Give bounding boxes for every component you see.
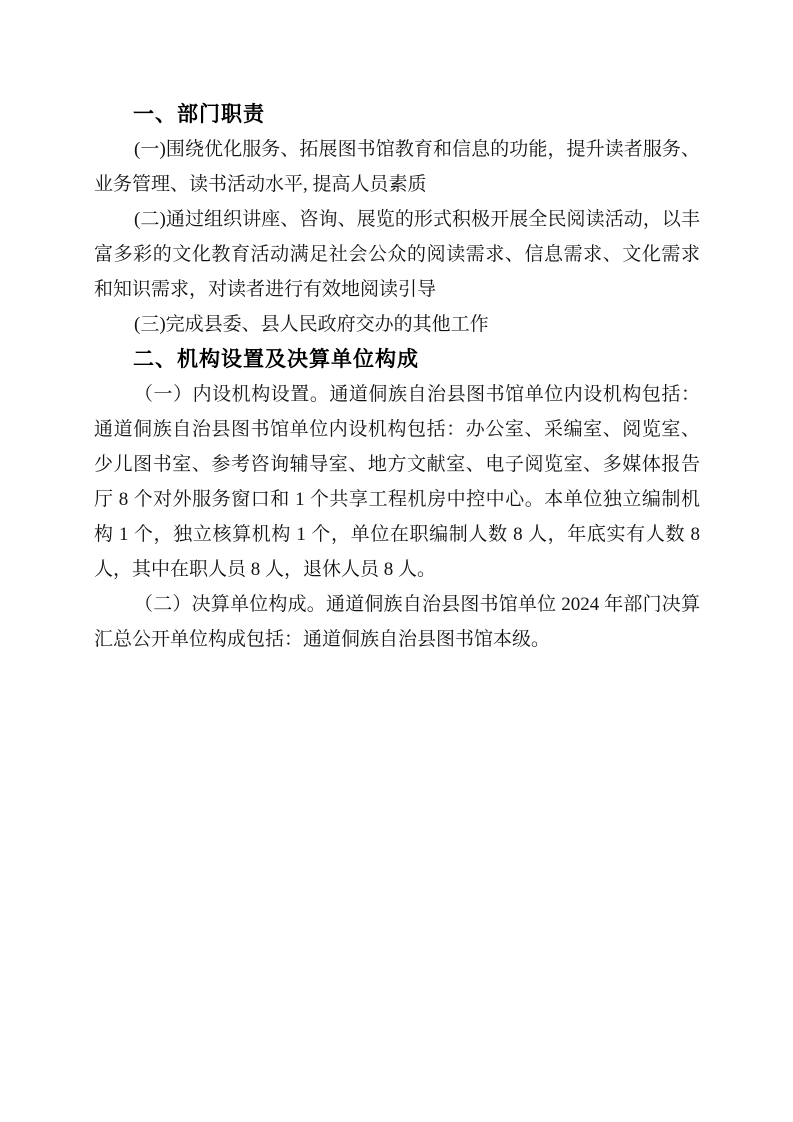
section-2-heading: 二、机构设置及决算单位构成 <box>94 342 700 377</box>
document-page: 一、部门职责 (一)围绕优化服务、拓展图书馆教育和信息的功能，提升读者服务、业务… <box>0 0 793 1122</box>
section-2-paragraph-2: （二）决算单位构成。通道侗族自治县图书馆单位 2024 年部门决算汇总公开单位构… <box>94 587 700 657</box>
section-1-paragraph-1: (一)围绕优化服务、拓展图书馆教育和信息的功能，提升读者服务、业务管理、读书活动… <box>94 132 700 202</box>
section-1-paragraph-2: (二)通过组织讲座、咨询、展览的形式积极开展全民阅读活动，以丰富多彩的文化教育活… <box>94 202 700 307</box>
section-1-heading: 一、部门职责 <box>94 97 700 132</box>
section-2-paragraph-1: （一）内设机构设置。通道侗族自治县图书馆单位内设机构包括：通道侗族自治县图书馆单… <box>94 377 700 587</box>
section-1-paragraph-3: (三)完成县委、县人民政府交办的其他工作 <box>94 307 700 342</box>
